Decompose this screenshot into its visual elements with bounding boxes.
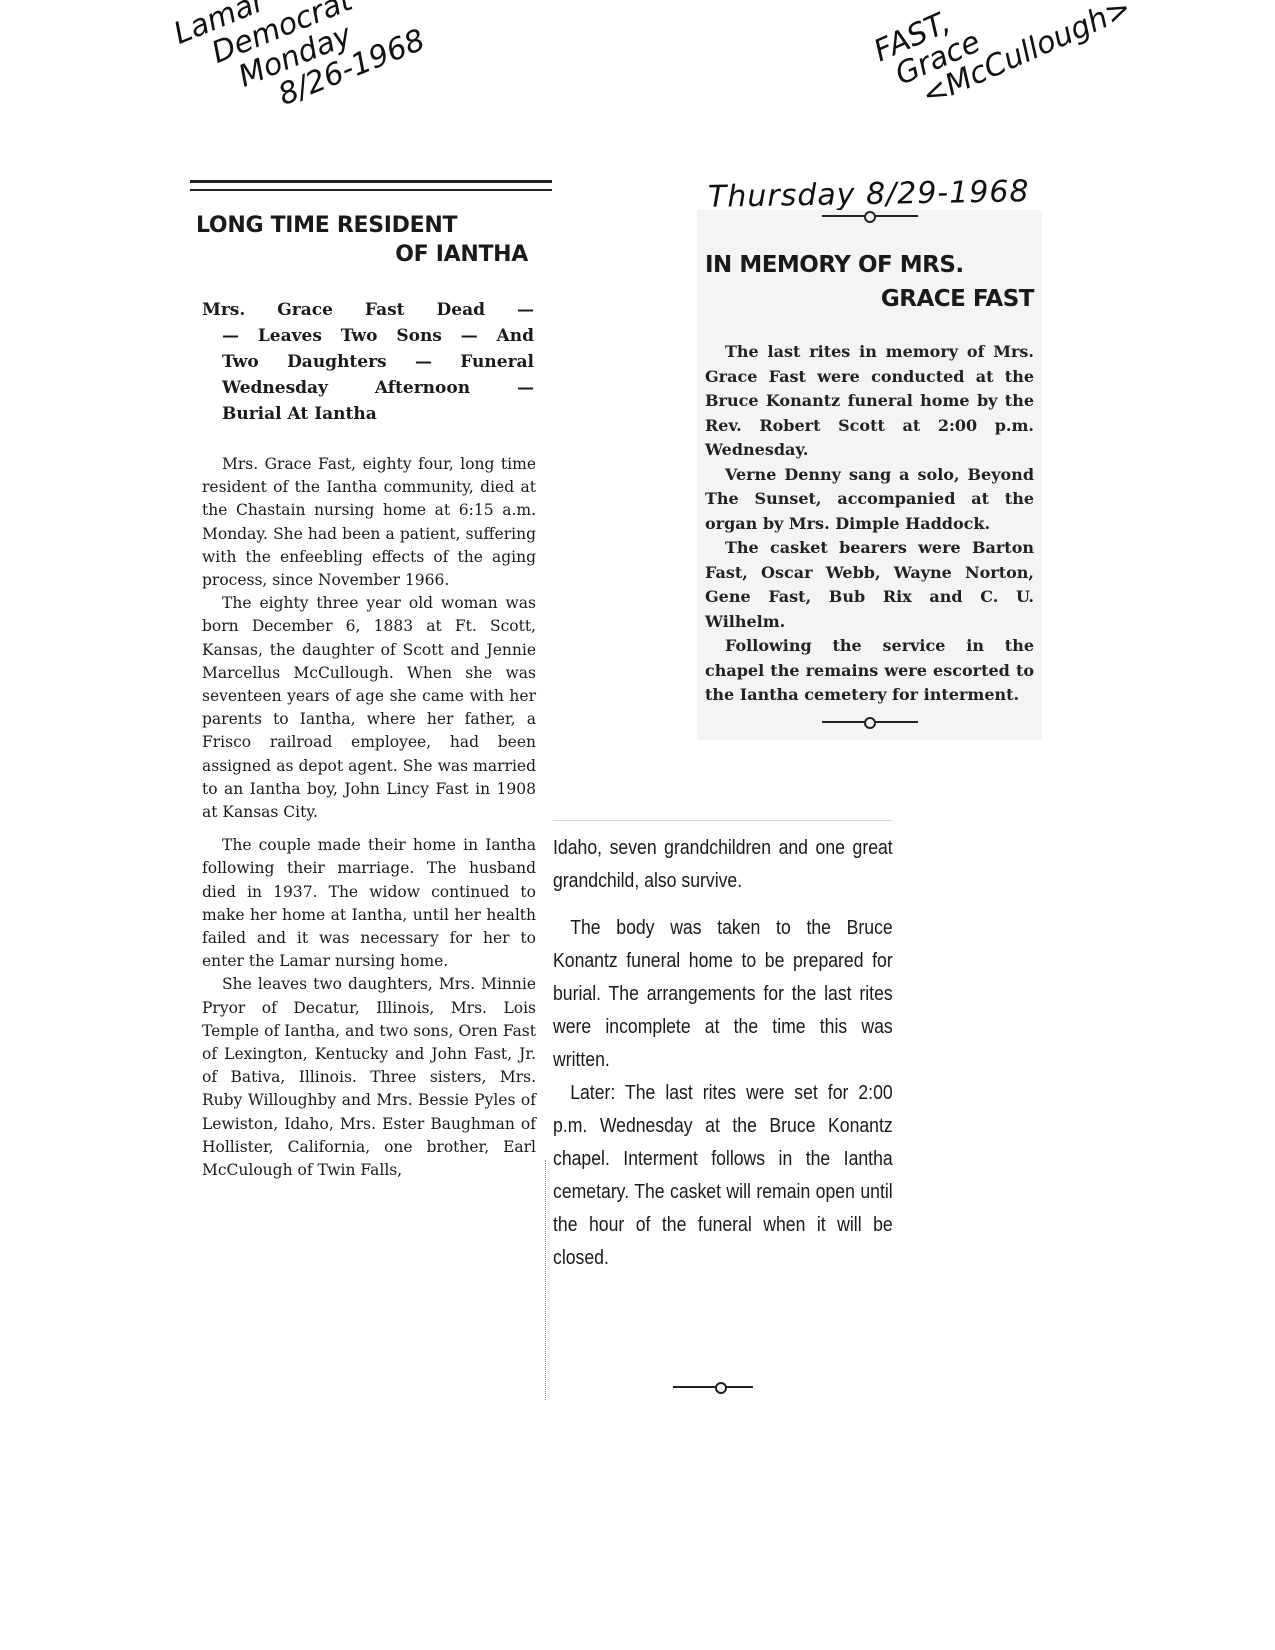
deck-line: Wednesday Afternoon — [202,375,534,401]
obituary-clipping: LONG TIME RESIDENT OF IANTHA Mrs. Grace … [190,180,548,1182]
deck-line: Burial At Iantha [202,401,534,427]
double-rule-divider [190,180,538,191]
dash-ornament-divider [673,1381,753,1393]
paragraph: Later: The last rites were set for 2:00 … [553,1076,893,1274]
paragraph: The couple made their home in Iantha fol… [202,834,536,973]
obituary-continuation-clipping: Idaho, seven grandchildren and one great… [553,820,893,1274]
headline-line: IN MEMORY OF MRS. [697,248,1042,282]
memorial-body: The last rites in memory of Mrs. Grace F… [705,340,1034,708]
dash-ornament-divider [822,716,918,728]
deck-line: Mrs. Grace Fast Dead — [202,297,534,323]
paragraph: Mrs. Grace Fast, eighty four, long time … [202,453,536,592]
deck-line: — Leaves Two Sons — And [202,323,534,349]
paragraph: She leaves two daughters, Mrs. Minnie Pr… [202,973,536,1182]
paragraph: Idaho, seven grandchildren and one great… [553,831,893,897]
headline-line: OF IANTHA [190,240,548,269]
paragraph: Following the service in the chapel the … [705,634,1034,708]
dash-ornament-divider [822,210,918,222]
clipping-edge-marks [545,1160,548,1400]
paragraph: The body was taken to the Bruce Konantz … [553,911,893,1076]
continuation-body: Idaho, seven grandchildren and one great… [553,831,893,1274]
memorial-headline: IN MEMORY OF MRS. GRACE FAST [697,248,1042,316]
handwritten-source-note: Lamar Democrat Monday 8/26-1968 [170,0,430,141]
memorial-clipping: IN MEMORY OF MRS. GRACE FAST The last ri… [697,210,1042,740]
paragraph: The eighty three year old woman was born… [202,592,536,824]
deck-line: Two Daughters — Funeral [202,349,534,375]
handwritten-date-note: Thursday 8/29-1968 [708,177,1030,213]
headline-line: LONG TIME RESIDENT [190,211,548,240]
obituary-headline: LONG TIME RESIDENT OF IANTHA [190,211,548,269]
paragraph: The last rites in memory of Mrs. Grace F… [705,340,1034,463]
obituary-body: Mrs. Grace Fast, eighty four, long time … [202,453,536,1182]
paragraph: The casket bearers were Barton Fast, Osc… [705,536,1034,634]
headline-line: GRACE FAST [697,282,1042,316]
paragraph: Verne Denny sang a solo, Beyond The Suns… [705,463,1034,537]
obituary-subheadline: Mrs. Grace Fast Dead — — Leaves Two Sons… [202,297,534,427]
handwritten-name-note: FAST, Grace <McCullough> [870,0,1136,122]
